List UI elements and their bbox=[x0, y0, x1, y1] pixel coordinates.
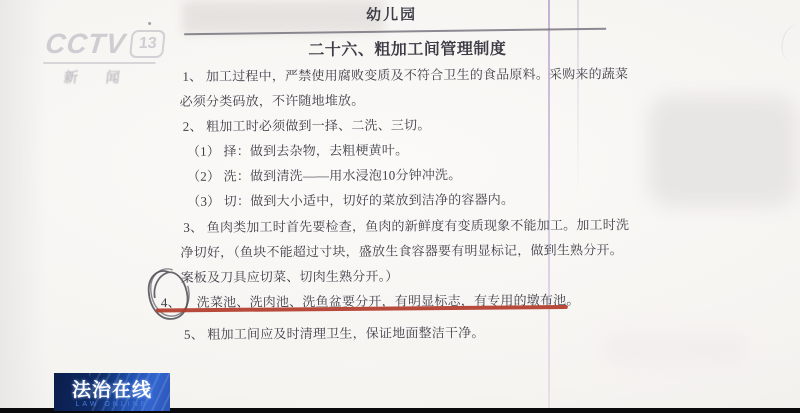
document-line: 案板及刀具应切菜、切肉生熟分开。） bbox=[181, 262, 654, 290]
cctv-watermark-caption: 新 闻 bbox=[63, 67, 162, 87]
cctv-logo-text: CCTV bbox=[44, 28, 128, 60]
document-line: 5、 粗加工间应及时清理卫生，保证地面整洁干净。 bbox=[184, 319, 654, 347]
document-line: 3、 鱼肉类加工时首先要检查，鱼肉的新鲜度有变质现象不能加工。加工时洗 bbox=[183, 212, 653, 240]
program-logo-title: 法治在线 bbox=[54, 375, 170, 402]
cctv-watermark-underline bbox=[43, 62, 155, 64]
document-line: 2、 粗加工时必须做到一择、二洗、三切。 bbox=[183, 111, 653, 139]
blurred-school-name bbox=[182, 0, 384, 34]
cctv-channel-13-badge: 13 bbox=[129, 30, 166, 58]
document-line: 净切好，（鱼块不能超过寸块，盛放生食容器要有明显标记，做到生熟分开。 bbox=[180, 237, 653, 265]
document-line: （1） 择：做到去杂物，去粗梗黄叶。 bbox=[187, 136, 653, 164]
document-header: 幼儿园 bbox=[366, 3, 417, 24]
tv-frame: 幼儿园 二十六、粗加工间管理制度 1、 加工过程中，严禁使用腐败变质及不符合卫生… bbox=[0, 0, 800, 413]
highlighted-rule-line: 4、洗菜池、洗肉池、洗鱼盆要分开，有明显标志，有专用的墩布池。 bbox=[161, 287, 654, 315]
ink-speck bbox=[148, 22, 151, 25]
cctv-logo-row: CCTV 13 bbox=[44, 28, 167, 60]
document-lines: 1、 加工过程中，严禁使用腐败变质及不符合卫生的食品原料。采购来的蔬菜必须分类码… bbox=[182, 61, 653, 290]
program-logo: 法治在线 LAW ONLINE bbox=[54, 373, 170, 411]
document-body: 1、 加工过程中，严禁使用腐败变质及不符合卫生的食品原料。采购来的蔬菜必须分类码… bbox=[182, 61, 654, 347]
document-line: （3） 切：做到大小适中，切好的菜放到洁净的容器内。 bbox=[187, 186, 653, 214]
program-logo-subtitle: LAW ONLINE bbox=[54, 401, 170, 408]
cctv-watermark: CCTV 13 新 闻 bbox=[41, 28, 166, 87]
pen-circle-annotation bbox=[143, 266, 197, 324]
document-line: 必须分类码放，不许随地堆放。 bbox=[180, 86, 653, 114]
document-line: （2） 洗：做到清洗——用水浸泡10分钟冲洗。 bbox=[187, 161, 653, 189]
document-title: 二十六、粗加工间管理制度 bbox=[308, 36, 506, 60]
document-line: 1、 加工过程中，严禁使用腐败变质及不符合卫生的食品原料。采购来的蔬菜 bbox=[182, 61, 652, 89]
